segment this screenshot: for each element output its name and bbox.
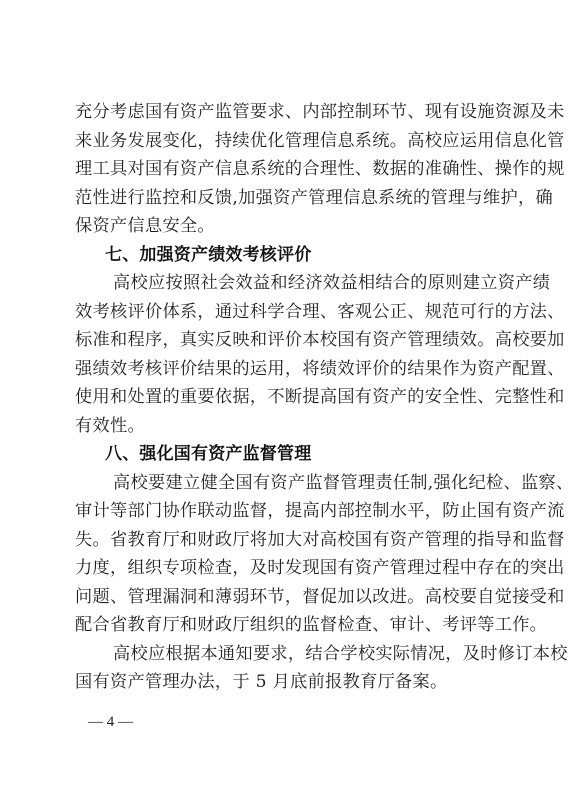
section-8: 八、强化国有资产监督管理 高校要建立健全国有资产监督管理责任制,强化纪检、监察、… xyxy=(75,440,497,697)
text-line: 有效性。 xyxy=(75,412,497,441)
text-line: 力度，组织专项检查，及时发现国有资产管理过程中存在的突出 xyxy=(75,554,497,583)
document-page: 充分考虑国有资产监管要求、内部控制环节、现有设施资源及未 来业务发展变化，持续优… xyxy=(75,98,497,697)
text-line: 保资产信息安全。 xyxy=(75,212,497,241)
section-heading: 八、强化国有资产监督管理 xyxy=(75,440,497,469)
page-number: — 4 — xyxy=(88,714,133,731)
text-line: 高校应根据本通知要求，结合学校实际情况，及时修订本校 xyxy=(75,640,497,669)
text-line: 来业务发展变化，持续优化管理信息系统。高校应运用信息化管 xyxy=(75,127,497,156)
text-line: 充分考虑国有资产监管要求、内部控制环节、现有设施资源及未 xyxy=(75,98,497,127)
text-line: 范性进行监控和反馈,加强资产管理信息系统的管理与维护，确 xyxy=(75,184,497,213)
text-line: 高校应按照社会效益和经济效益相结合的原则建立资产绩 xyxy=(75,269,497,298)
text-line: 配合省教育厅和财政厅组织的监督检查、审计、考评等工作。 xyxy=(75,611,497,640)
text-line: 失。省教育厅和财政厅将加大对高校国有资产管理的指导和监督 xyxy=(75,526,497,555)
continuation-paragraph: 充分考虑国有资产监管要求、内部控制环节、现有设施资源及未 来业务发展变化，持续优… xyxy=(75,98,497,241)
text-line: 问题、管理漏洞和薄弱环节，督促加以改进。高校要自觉接受和 xyxy=(75,583,497,612)
text-line: 理工具对国有资产信息系统的合理性、数据的准确性、操作的规 xyxy=(75,155,497,184)
text-line: 标准和程序，真实反映和评价本校国有资产管理绩效。高校要加 xyxy=(75,326,497,355)
text-line: 使用和处置的重要依据，不断提高国有资产的安全性、完整性和 xyxy=(75,383,497,412)
text-line: 效考核评价体系，通过科学合理、客观公正、规范可行的方法、 xyxy=(75,298,497,327)
text-line: 审计等部门协作联动监督，提高内部控制水平，防止国有资产流 xyxy=(75,497,497,526)
section-heading: 七、加强资产绩效考核评价 xyxy=(75,241,497,270)
text-line: 国有资产管理办法，于 5 月底前报教育厅备案。 xyxy=(75,668,497,697)
text-line: 强绩效考核评价结果的运用，将绩效评价的结果作为资产配置、 xyxy=(75,355,497,384)
text-line: 高校要建立健全国有资产监督管理责任制,强化纪检、监察、 xyxy=(75,469,497,498)
section-7: 七、加强资产绩效考核评价 高校应按照社会效益和经济效益相结合的原则建立资产绩 效… xyxy=(75,241,497,441)
